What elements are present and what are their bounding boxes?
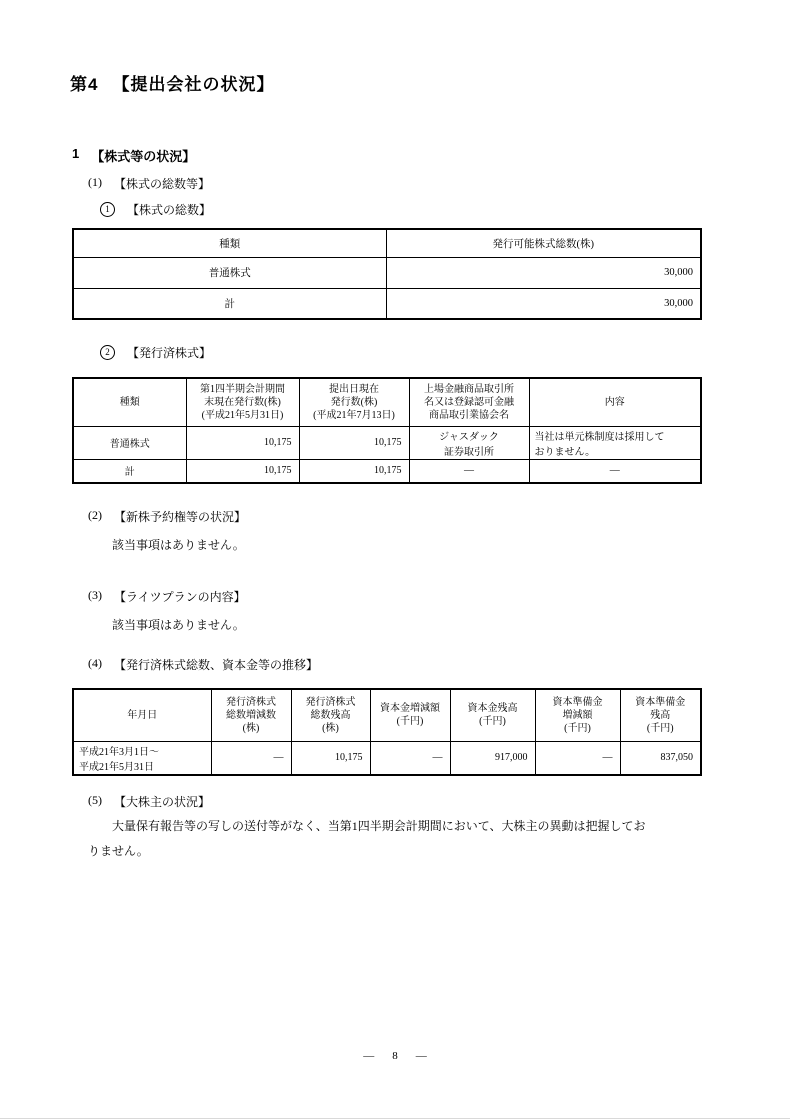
cell-capital-change: ― (370, 741, 450, 775)
col-header-description: 内容 (529, 378, 701, 426)
cell-quarter-end-issued: 10,175 (186, 426, 299, 459)
section-1-5-label: 【大株主の状況】 (114, 793, 210, 810)
col-header-filing-date-issued: 提出日現在 発行数(株) (平成21年7月13日) (299, 378, 409, 426)
section-1-4-label: 【発行済株式総数、資本金等の推移】 (114, 656, 318, 673)
col-header-capital-balance: 資本金残高 (千円) (450, 689, 535, 741)
section-1-number: 1 (72, 146, 79, 165)
cell-description: 当社は単元株制度は採用して おりません。 (529, 426, 701, 459)
table-row: 計 30,000 (73, 288, 701, 319)
table-header-row: 種類 発行可能株式総数(株) (73, 229, 701, 257)
section-1-1-1-label: 【株式の総数】 (127, 201, 211, 218)
footer-page-number: 8 (392, 1050, 398, 1062)
issued-shares-table: 種類 第1四半期会計期間 末現在発行数(株) (平成21年5月31日) 提出日現… (72, 377, 702, 484)
section-1-1-heading: (1) 【株式の総数等】 (88, 175, 210, 192)
cell-exchange-name: ジャスダック 証券取引所 (409, 426, 529, 459)
cell-filing-date-issued: 10,175 (299, 426, 409, 459)
col-header-date: 年月日 (73, 689, 211, 741)
table-header-row: 種類 第1四半期会計期間 末現在発行数(株) (平成21年5月31日) 提出日現… (73, 378, 701, 426)
footer-dash-right: ― (416, 1050, 427, 1062)
section-1-2-body: 該当事項はありません。 (112, 536, 245, 553)
col-header-reserve-balance: 資本準備金 残高 (千円) (620, 689, 701, 741)
page-footer: ― 8 ― (0, 1050, 790, 1062)
col-header-authorized-total: 発行可能株式総数(株) (386, 229, 701, 257)
cell-reserve-change: ― (535, 741, 620, 775)
footer-dash-left: ― (363, 1050, 374, 1062)
section-1-3-body: 該当事項はありません。 (112, 616, 245, 633)
col-header-quarter-end-issued: 第1四半期会計期間 末現在発行数(株) (平成21年5月31日) (186, 378, 299, 426)
section-1-3-number: (3) (88, 588, 102, 605)
section-1-2-heading: (2) 【新株予約権等の状況】 (88, 508, 246, 525)
col-header-type: 種類 (73, 378, 186, 426)
authorized-shares-table: 種類 発行可能株式総数(株) 普通株式 30,000 計 30,000 (72, 228, 702, 320)
section-1-5-heading: (5) 【大株主の状況】 (88, 793, 210, 810)
section-1-4-heading: (4) 【発行済株式総数、資本金等の推移】 (88, 656, 318, 673)
cell-authorized-total: 30,000 (386, 257, 701, 288)
capital-history-table: 年月日 発行済株式 総数増減数 (株) 発行済株式 総数残高 (株) 資本金増減… (72, 688, 702, 776)
section-1-1-2-heading: 2 【発行済株式】 (100, 344, 211, 361)
col-header-type: 種類 (73, 229, 386, 257)
cell-description-dash: ― (529, 459, 701, 483)
section-1-1-label: 【株式の総数等】 (114, 175, 210, 192)
section-1-1-1-heading: 1 【株式の総数】 (100, 201, 211, 218)
cell-share-type-total: 計 (73, 288, 386, 319)
page-title: 第4 【提出会社の状況】 (70, 70, 274, 95)
col-header-exchange-name: 上場金融商品取引所 名又は登録認可金融 商品取引業協会名 (409, 378, 529, 426)
document-page: 第4 【提出会社の状況】 1 【株式等の状況】 (1) 【株式の総数等】 1 【… (0, 0, 790, 1119)
cell-share-type-total: 計 (73, 459, 186, 483)
section-1-1-2-label: 【発行済株式】 (127, 344, 211, 361)
cell-share-type: 普通株式 (73, 257, 386, 288)
cell-authorized-grand-total: 30,000 (386, 288, 701, 319)
cell-exchange-dash: ― (409, 459, 529, 483)
table-row: 平成21年3月1日～ 平成21年5月31日 ― 10,175 ― 917,000… (73, 741, 701, 775)
section-1-1-number: (1) (88, 175, 102, 192)
section-1-3-heading: (3) 【ライツプランの内容】 (88, 588, 246, 605)
cell-reserve-balance: 837,050 (620, 741, 701, 775)
cell-issued-balance: 10,175 (291, 741, 370, 775)
page-title-number: 第4 (70, 70, 98, 95)
cell-issued-change: ― (211, 741, 291, 775)
table-header-row: 年月日 発行済株式 総数増減数 (株) 発行済株式 総数残高 (株) 資本金増減… (73, 689, 701, 741)
cell-filing-date-issued-total: 10,175 (299, 459, 409, 483)
cell-quarter-end-issued-total: 10,175 (186, 459, 299, 483)
circled-number-1: 1 (100, 202, 115, 217)
section-1-heading: 1 【株式等の状況】 (72, 146, 195, 165)
section-1-2-number: (2) (88, 508, 102, 525)
col-header-issued-change: 発行済株式 総数増減数 (株) (211, 689, 291, 741)
circled-number-2: 2 (100, 345, 115, 360)
section-1-5-body: 大量保有報告等の写しの送付等がなく、当第1四半期会計期間において、大株主の異動は… (88, 814, 750, 864)
table-row: 普通株式 10,175 10,175 ジャスダック 証券取引所 当社は単元株制度… (73, 426, 701, 459)
page-title-label: 【提出会社の状況】 (112, 70, 274, 95)
section-1-2-label: 【新株予約権等の状況】 (114, 508, 246, 525)
section-1-3-label: 【ライツプランの内容】 (114, 588, 246, 605)
cell-capital-balance: 917,000 (450, 741, 535, 775)
col-header-reserve-change: 資本準備金 増減額 (千円) (535, 689, 620, 741)
cell-period: 平成21年3月1日～ 平成21年5月31日 (73, 741, 211, 775)
col-header-issued-balance: 発行済株式 総数残高 (株) (291, 689, 370, 741)
table-row: 計 10,175 10,175 ― ― (73, 459, 701, 483)
section-1-4-number: (4) (88, 656, 102, 673)
section-1-label: 【株式等の状況】 (91, 146, 195, 165)
col-header-capital-change: 資本金増減額 (千円) (370, 689, 450, 741)
cell-share-type: 普通株式 (73, 426, 186, 459)
section-1-5-number: (5) (88, 793, 102, 810)
table-row: 普通株式 30,000 (73, 257, 701, 288)
